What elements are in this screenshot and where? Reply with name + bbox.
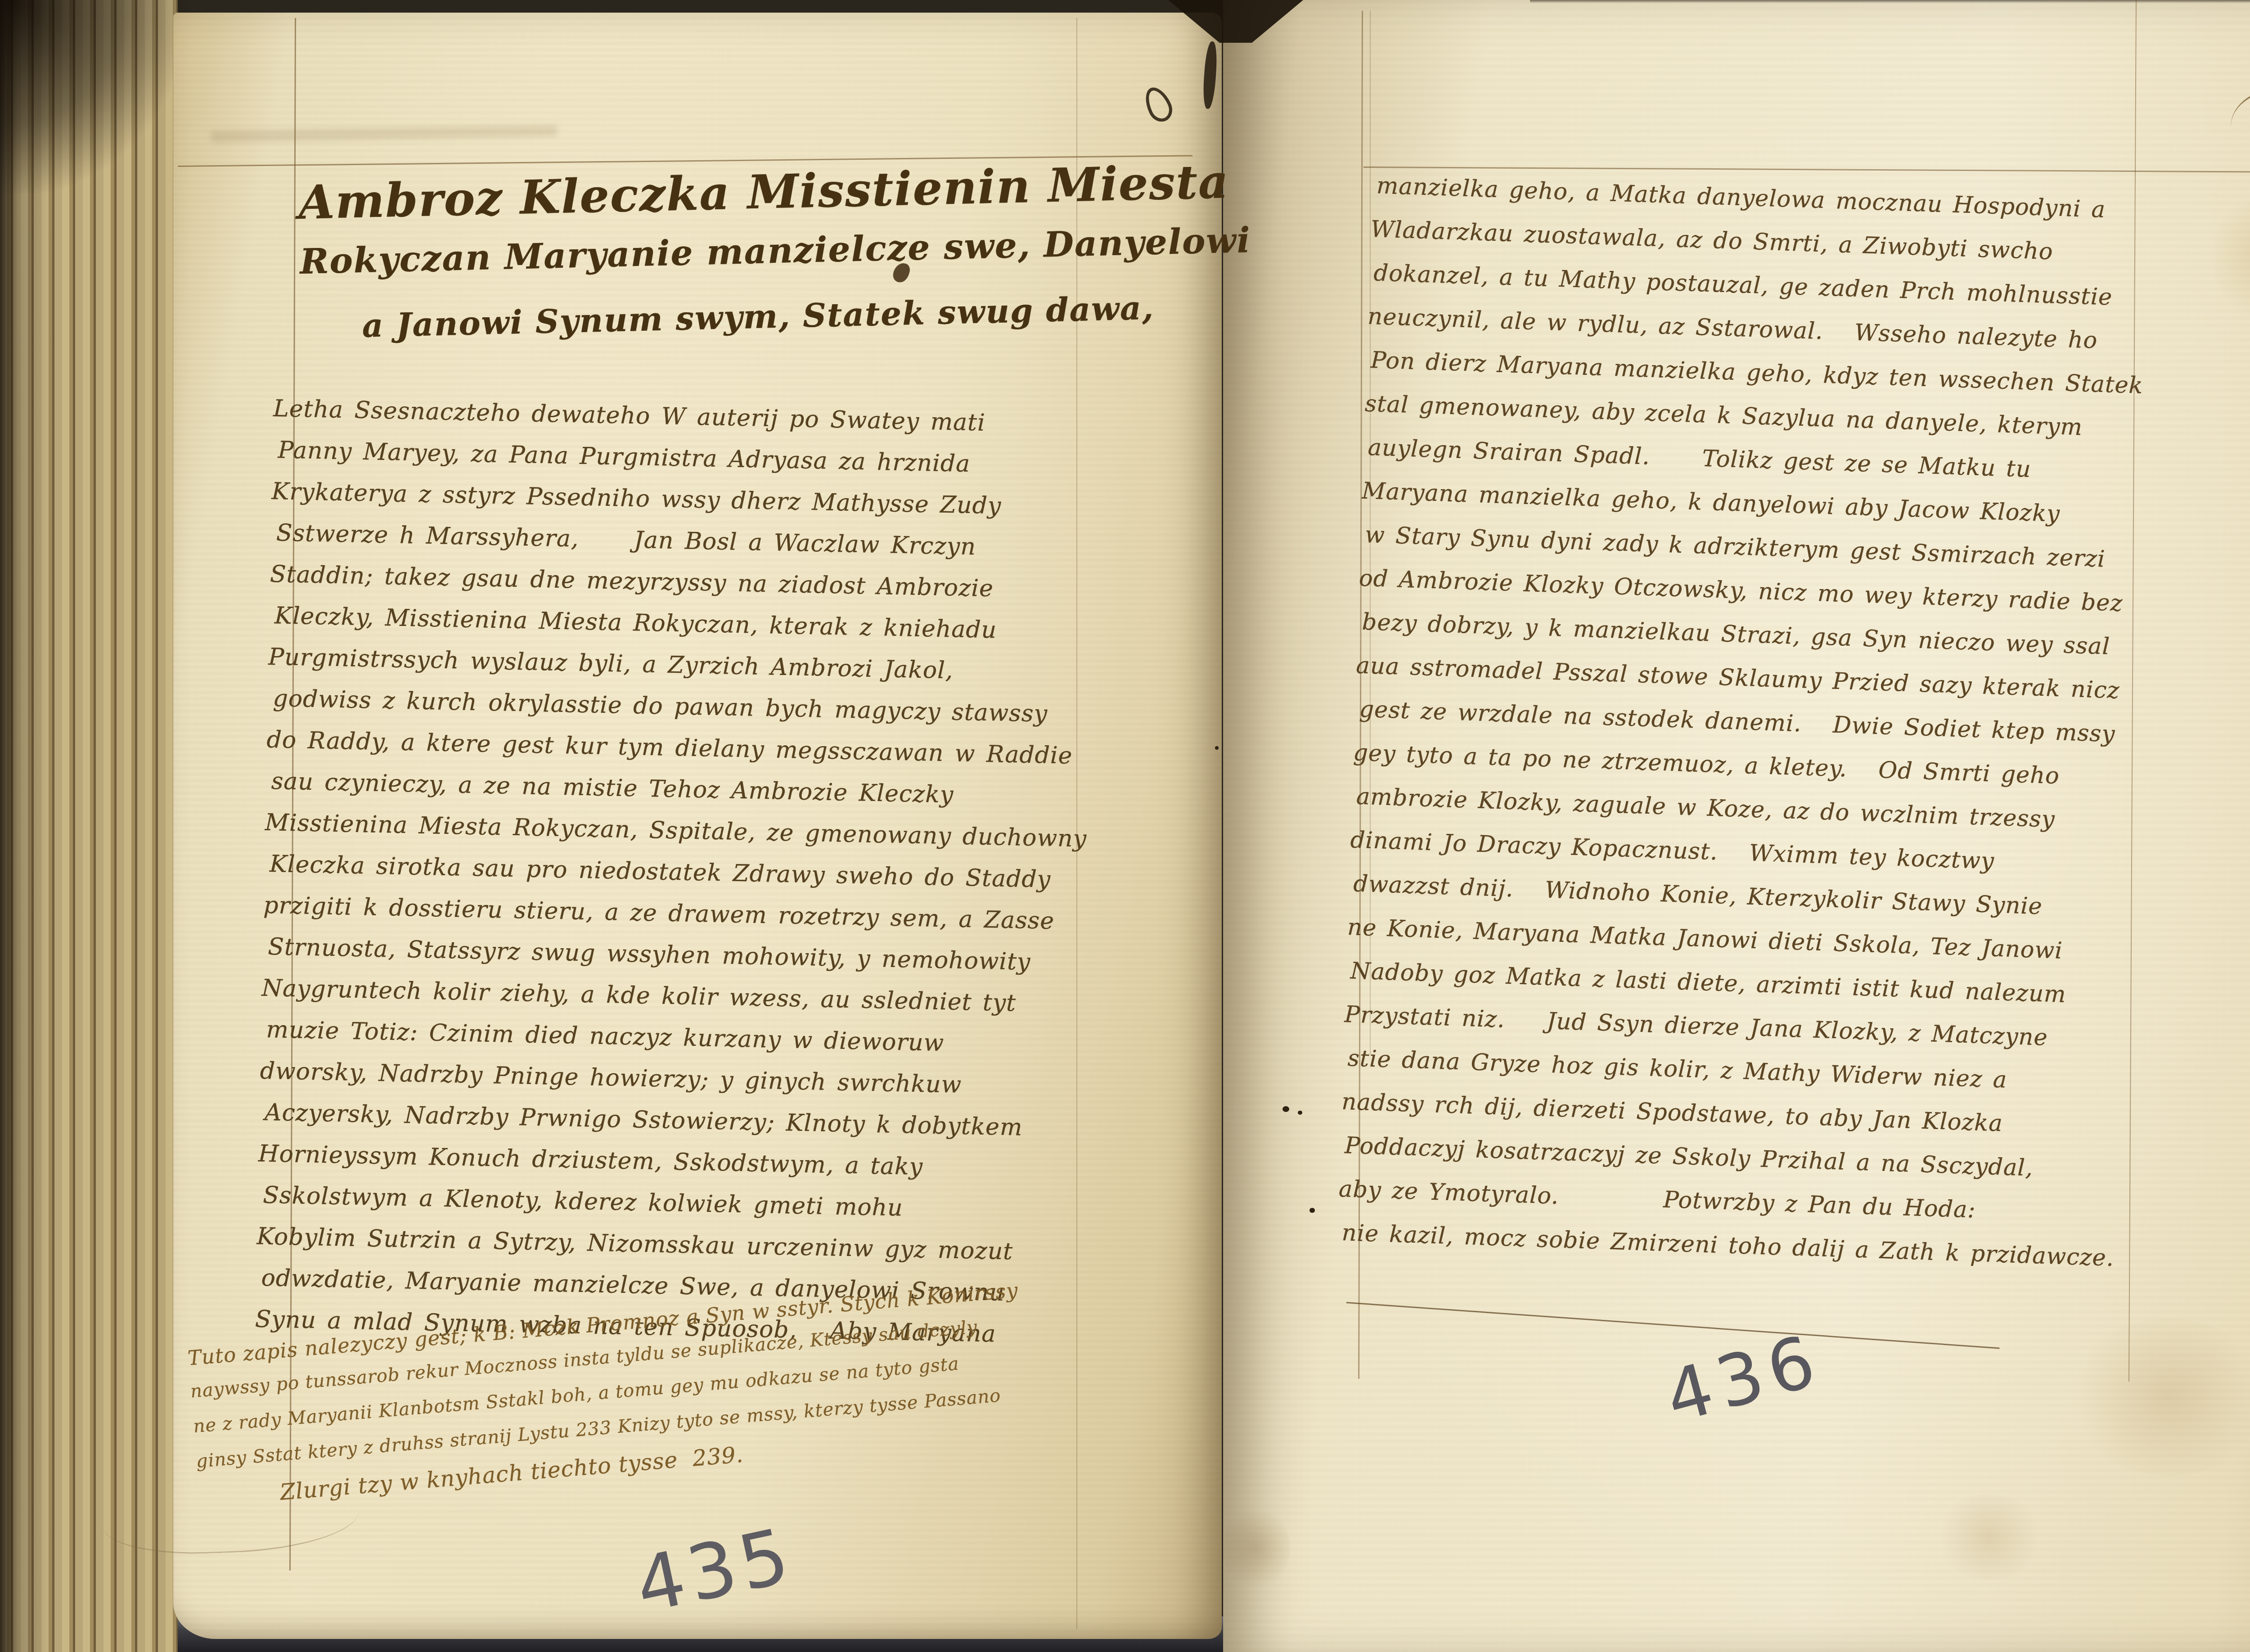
left-page-body-text: Letha Ssesnaczteho dewateho W auterij po…	[255, 395, 1210, 1366]
ink-speck	[1215, 746, 1219, 750]
ink-speck	[1298, 1111, 1302, 1115]
book-spine-shadow-top-left	[0, 0, 189, 194]
entry-heading: Ambroz Kleczka Misstienin MiestaRokyczan…	[298, 155, 1220, 374]
book-page-edges-left	[0, 0, 178, 1652]
right-page-top-edge	[1530, 0, 2250, 3]
manuscript-spread: Ambroz Kleczka Misstienin MiestaRokyczan…	[0, 0, 2250, 1652]
stain-gutter-bottom	[1222, 1503, 1290, 1593]
ink-speck	[1309, 1208, 1315, 1213]
ink-speck	[1282, 1106, 1289, 1112]
stain-bottom-right-small	[1935, 1494, 2043, 1580]
right-page-body-text: manzielka geho, a Matka danyelowa moczna…	[1336, 172, 2250, 1293]
page-stack-edge-top	[171, 0, 1219, 28]
